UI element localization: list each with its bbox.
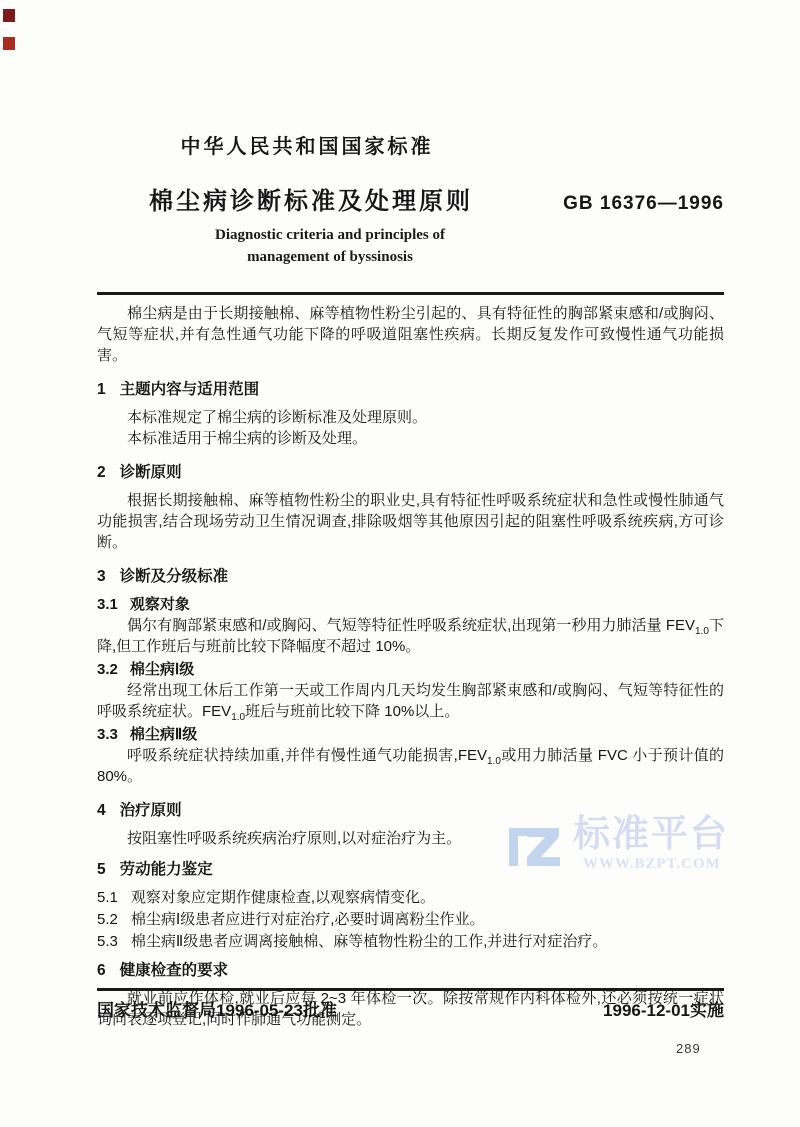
fev-subscript: 1.0: [231, 712, 245, 723]
subsection-heading-3-2: 3.2棉尘病Ⅰ级: [97, 659, 724, 680]
paragraph-text: 偶尔有胸部紧束感和/或胸闷、气短等特征性呼吸系统症状,出现第一秒用力肺活量 FE…: [127, 617, 695, 634]
list-item-5-1: 5.1观察对象应定期作健康检查,以观察病情变化。: [97, 887, 724, 908]
item-text: 棉尘病Ⅰ级患者应进行对症治疗,必要时调离粉尘作业。: [131, 911, 485, 928]
subsection-title: 棉尘病Ⅱ级: [130, 726, 197, 743]
section-heading-6: 6健康检查的要求: [97, 960, 724, 981]
title-row: 棉尘病诊断标准及处理原则 GB 16376—1996: [97, 181, 724, 216]
section-number: 1: [97, 381, 106, 398]
document-title: 棉尘病诊断标准及处理原则: [97, 181, 473, 216]
section-heading-5: 5劳动能力鉴定: [97, 859, 724, 880]
section-title: 健康检查的要求: [120, 962, 229, 979]
subsection-title: 观察对象: [130, 596, 190, 613]
subsection-number: 3.3: [97, 726, 118, 743]
list-item-5-3: 5.3棉尘病Ⅱ级患者应调离接触棉、麻等植物性粉尘的工作,并进行对症治疗。: [97, 931, 724, 952]
national-standard-label: 中华人民共和国国家标准: [97, 130, 517, 159]
standard-number: GB 16376—1996: [563, 193, 724, 215]
section-title: 诊断原则: [120, 464, 182, 481]
fev-subscript: 1.0: [695, 626, 709, 637]
section-number: 5: [97, 861, 106, 878]
fev-subscript: 1.0: [487, 756, 501, 767]
paragraph-2-1: 根据长期接触棉、麻等植物性粉尘的职业史,具有特征性呼吸系统症状和急性或慢性肺通气…: [97, 490, 724, 553]
paragraph-text: 呼吸系统症状持续加重,并伴有慢性通气功能损害,FEV: [127, 747, 487, 764]
paragraph-1-1: 本标准规定了棉尘病的诊断标准及处理原则。: [97, 407, 724, 428]
header-divider-rule: [97, 292, 724, 295]
item-number: 5.3: [97, 933, 118, 950]
item-text: 棉尘病Ⅱ级患者应调离接触棉、麻等植物性粉尘的工作,并进行对症治疗。: [131, 933, 608, 950]
paragraph-text: 班后与班前比较下降 10%以上。: [245, 703, 459, 720]
document-page: 中华人民共和国国家标准 棉尘病诊断标准及处理原则 GB 16376—1996 D…: [0, 0, 800, 1127]
document-body: 棉尘病是由于长期接触棉、麻等植物性粉尘引起的、具有特征性的胸部紧束感和/或胸闷、…: [97, 303, 724, 1030]
subsection-title: 棉尘病Ⅰ级: [130, 661, 194, 678]
section-title: 治疗原则: [120, 802, 182, 819]
approval-date-text: 国家技术监督局1996-05-23批准: [97, 996, 337, 1021]
english-subtitle-line1: Diagnostic criteria and principles of: [130, 224, 530, 246]
section-number: 3: [97, 568, 106, 585]
scan-corner-mark-bottom: [3, 37, 15, 50]
english-subtitle-line2: management of byssinosis: [130, 246, 530, 268]
item-number: 5.2: [97, 911, 118, 928]
subsection-number: 3.1: [97, 596, 118, 613]
list-item-5-2: 5.2棉尘病Ⅰ级患者应进行对症治疗,必要时调离粉尘作业。: [97, 909, 724, 930]
section-number: 2: [97, 464, 106, 481]
subsection-heading-3-1: 3.1观察对象: [97, 594, 724, 615]
english-subtitle: Diagnostic criteria and principles of ma…: [130, 224, 530, 268]
paragraph-3-2: 经常出现工休后工作第一天或工作周内几天均发生胸部紧束感和/或胸闷、气短等特征性的…: [97, 680, 724, 722]
paragraph-3-1: 偶尔有胸部紧束感和/或胸闷、气短等特征性呼吸系统症状,出现第一秒用力肺活量 FE…: [97, 615, 724, 657]
subsection-number: 3.2: [97, 661, 118, 678]
subsection-heading-3-3: 3.3棉尘病Ⅱ级: [97, 724, 724, 745]
section-title: 主题内容与适用范围: [120, 381, 260, 398]
section-title: 劳动能力鉴定: [120, 861, 213, 878]
paragraph-4-1: 按阻塞性呼吸系统疾病治疗原则,以对症治疗为主。: [97, 828, 724, 849]
section-number: 6: [97, 962, 106, 979]
scan-corner-mark-top: [3, 9, 15, 22]
item-text: 观察对象应定期作健康检查,以观察病情变化。: [131, 889, 435, 906]
section-title: 诊断及分级标准: [120, 568, 229, 585]
section-heading-1: 1主题内容与适用范围: [97, 379, 724, 400]
implementation-date-text: 1996-12-01实施: [603, 996, 724, 1021]
section-heading-2: 2诊断原则: [97, 462, 724, 483]
item-number: 5.1: [97, 889, 118, 906]
section-number: 4: [97, 802, 106, 819]
paragraph-3-3: 呼吸系统症状持续加重,并伴有慢性通气功能损害,FEV1.0或用力肺活量 FVC …: [97, 745, 724, 787]
paragraph-1-2: 本标准适用于棉尘病的诊断及处理。: [97, 428, 724, 449]
page-number: 289: [676, 1041, 701, 1056]
footer: 国家技术监督局1996-05-23批准 1996-12-01实施: [97, 996, 724, 1021]
intro-paragraph: 棉尘病是由于长期接触棉、麻等植物性粉尘引起的、具有特征性的胸部紧束感和/或胸闷、…: [97, 303, 724, 366]
section-heading-4: 4治疗原则: [97, 800, 724, 821]
section-heading-3: 3诊断及分级标准: [97, 566, 724, 587]
